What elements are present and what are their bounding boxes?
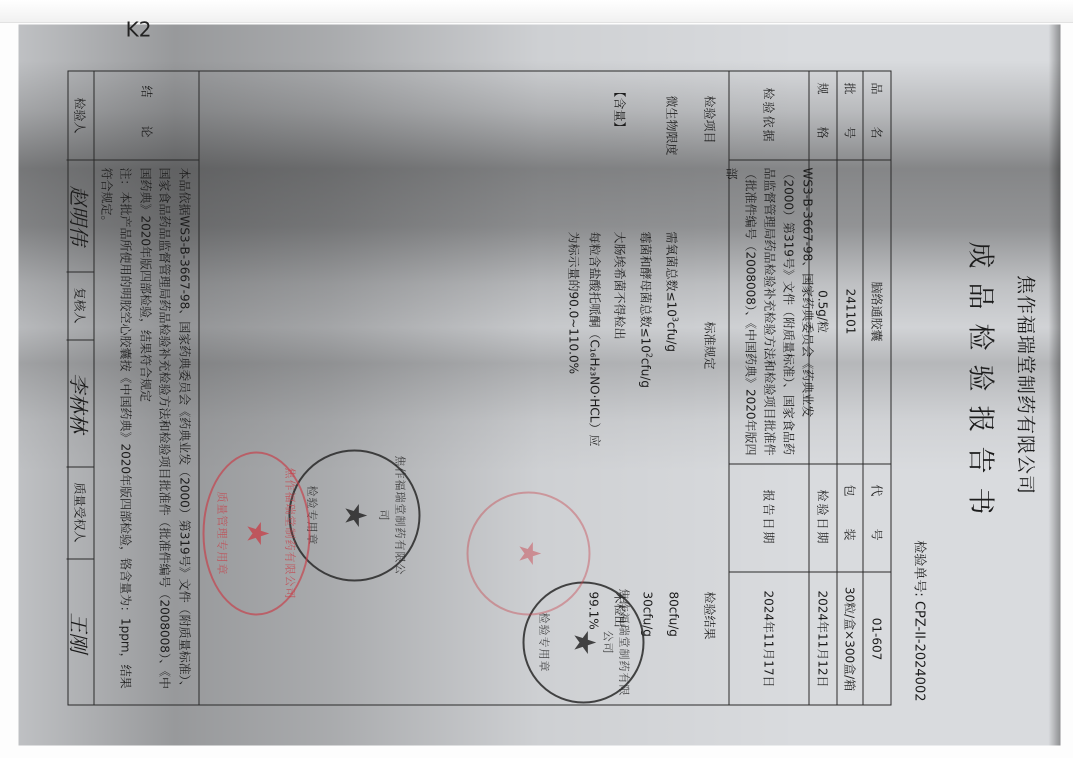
test-standard-row: 为标示量的90.0~110.0% <box>565 231 582 374</box>
test-standard-row: 大肠埃希菌不得检出 <box>611 231 628 339</box>
report-number-value: CPZ-II-2024002 <box>911 600 926 701</box>
report-date-value: 2024年11月17日 <box>729 571 809 706</box>
star-icon: ★ <box>241 520 271 547</box>
overlapping-red-seal: ★ <box>466 491 590 615</box>
report-number: 检验单号: CPZ-II-2024002 <box>911 540 930 701</box>
header-test-item: 检验项目 <box>701 95 718 143</box>
inspector-label: 检验人 <box>66 71 94 159</box>
product-code-label: 代 号 <box>863 463 890 571</box>
company-name: 焦作福瑞堂制药有限公司 <box>1013 24 1040 745</box>
product-name-value: 脑络通胶囊 <box>863 159 890 463</box>
test-standard-row: 需氧菌总数≤103cfu/g <box>663 231 680 352</box>
star-icon: ★ <box>339 502 369 529</box>
report-title: 成品检验报告书 <box>963 24 1002 745</box>
report-table: 品 名 脑络通胶囊 代 号 01-607 批 号 241101 包 装 30粒/… <box>67 70 891 705</box>
conclusion-note: 注：本批产品所使用的明胶空心胶囊按《中国药典》2020年版四部检验，铬含量为：1… <box>96 167 135 694</box>
test-standard-row: 霉菌和酵母菌总数≤102cfu/g <box>637 231 654 388</box>
star-icon: ★ <box>568 629 598 656</box>
basis-label: 检验依据 <box>729 71 809 159</box>
inspection-report-page: 焦作福瑞堂制药有限公司 成品检验报告书 检验单号: CPZ-II-2024002… <box>18 24 1060 745</box>
header-standard: 标准规定 <box>701 321 718 369</box>
batch-value: 241101 <box>837 159 863 463</box>
scanner-margin <box>0 0 1073 23</box>
package-value: 30粒/盒×300盒/箱 <box>837 571 863 706</box>
test-result-row: 30cfu/g <box>640 591 654 636</box>
test-result-row: 99.1% <box>586 591 600 629</box>
test-standard-row: 每粒含盐酸托哌酮（C₁₆H₂₃NO·HCL）应 <box>586 231 603 446</box>
qa-signature: 王刚 <box>66 558 94 706</box>
quality-management-seal: 焦作福瑞堂制药有限公司 ★ 质量管理专用章 <box>202 451 310 615</box>
basis-value: WS3-B-3667-98、国家药典委员会《药典业发（2000）第319号》文件… <box>729 167 809 457</box>
test-group-microbial: 微生物限度 <box>663 95 680 155</box>
test-date-value: 2024年11月12日 <box>809 571 837 706</box>
batch-label: 批 号 <box>837 71 863 159</box>
conclusion-body: 本品依据WS3-B-3667-98、国家药典委员会《药典业发（2000）第319… <box>135 167 194 694</box>
package-label: 包 装 <box>837 463 863 571</box>
company-inspection-seal: 焦作福瑞堂制药有限公司 ★ 检验专用章 <box>288 449 420 581</box>
conclusion-label: 结 论 <box>94 71 199 159</box>
conclusion-text: 本品依据WS3-B-3667-98、国家药典委员会《药典业发（2000）第319… <box>96 167 194 694</box>
test-group-assay: 【含量】 <box>611 85 628 133</box>
header-result: 检验结果 <box>701 591 718 639</box>
test-date-label: 检验日期 <box>809 463 837 571</box>
report-number-label: 检验单号: <box>911 540 926 596</box>
corner-handwritten-mark: K2 <box>125 17 151 41</box>
spec-label: 规 格 <box>809 71 837 159</box>
reviewer-label: 复核人 <box>66 271 94 339</box>
test-result-row: 未检出 <box>611 591 628 627</box>
inspector-signature: 赵明伟 <box>66 159 94 271</box>
product-code-value: 01-607 <box>863 571 890 706</box>
star-icon: ★ <box>513 540 543 567</box>
report-date-label: 报告日期 <box>729 463 809 571</box>
test-result-row: 80cfu/g <box>666 591 680 636</box>
reviewer-signature: 李林林 <box>66 339 94 466</box>
qa-label: 质量受权人 <box>66 466 94 558</box>
product-name-label: 品 名 <box>863 71 890 159</box>
